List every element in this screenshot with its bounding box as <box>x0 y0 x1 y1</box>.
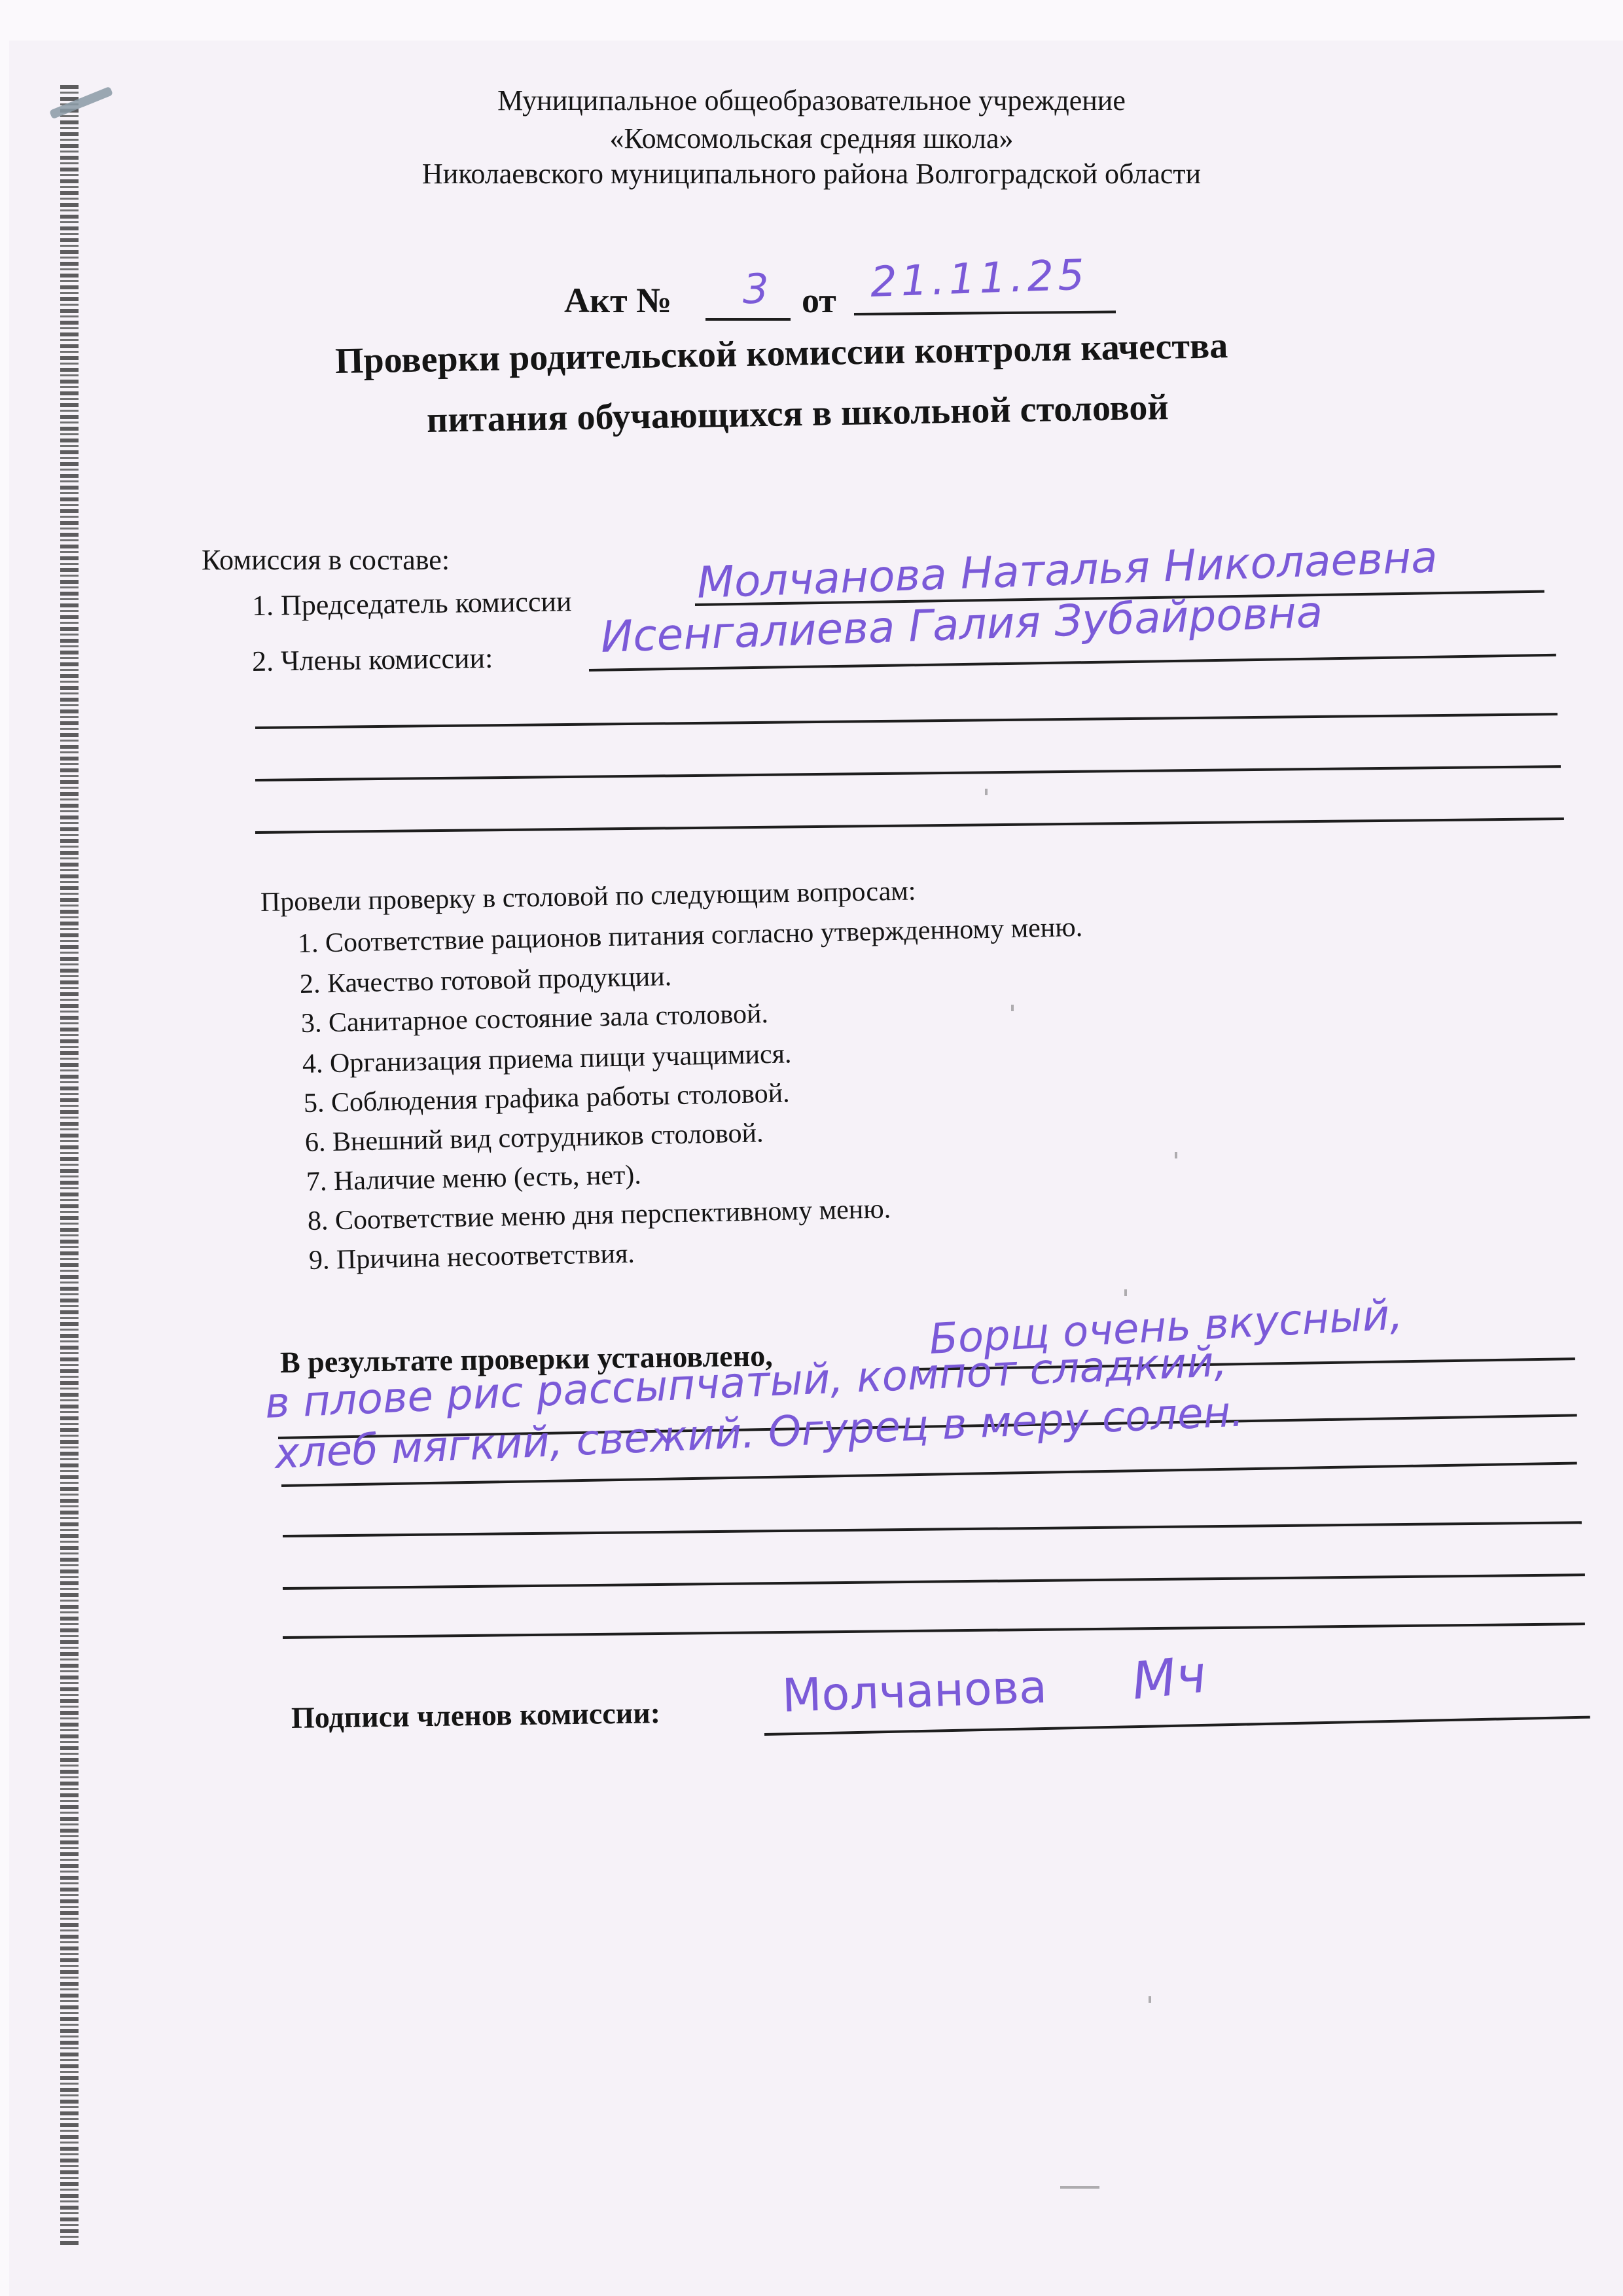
act-number-underline <box>705 318 791 321</box>
signatures-label: Подписи членов комиссии: <box>291 1695 661 1735</box>
act-label: Акт № <box>564 280 671 321</box>
binding-artifact <box>60 85 79 2245</box>
org-name-line3: Николаевского муниципального района Волг… <box>0 157 1623 190</box>
org-name-line1: Муниципальное общеобразовательное учрежд… <box>0 84 1623 117</box>
scan-speck <box>1060 2186 1099 2189</box>
act-date: 21.11.25 <box>870 251 1089 307</box>
scan-speck <box>1175 1152 1177 1158</box>
signature-mark: Мч <box>1129 1645 1209 1711</box>
act-number: 3 <box>743 265 768 313</box>
chair-label: 1. Председатель комиссии <box>252 584 572 622</box>
commission-heading: Комиссия в составе: <box>202 543 450 577</box>
members-label: 2. Члены комиссии: <box>252 641 493 678</box>
act-from-label: от <box>802 280 836 321</box>
scan-speck <box>1149 1996 1151 2003</box>
signature-name: Молчанова <box>781 1660 1048 1723</box>
scanned-page <box>9 41 1623 2296</box>
scan-speck <box>1011 1005 1014 1011</box>
scan-speck <box>1124 1289 1127 1296</box>
org-name-line2: «Комсомольская средняя школа» <box>0 122 1623 155</box>
scan-speck <box>985 789 988 795</box>
